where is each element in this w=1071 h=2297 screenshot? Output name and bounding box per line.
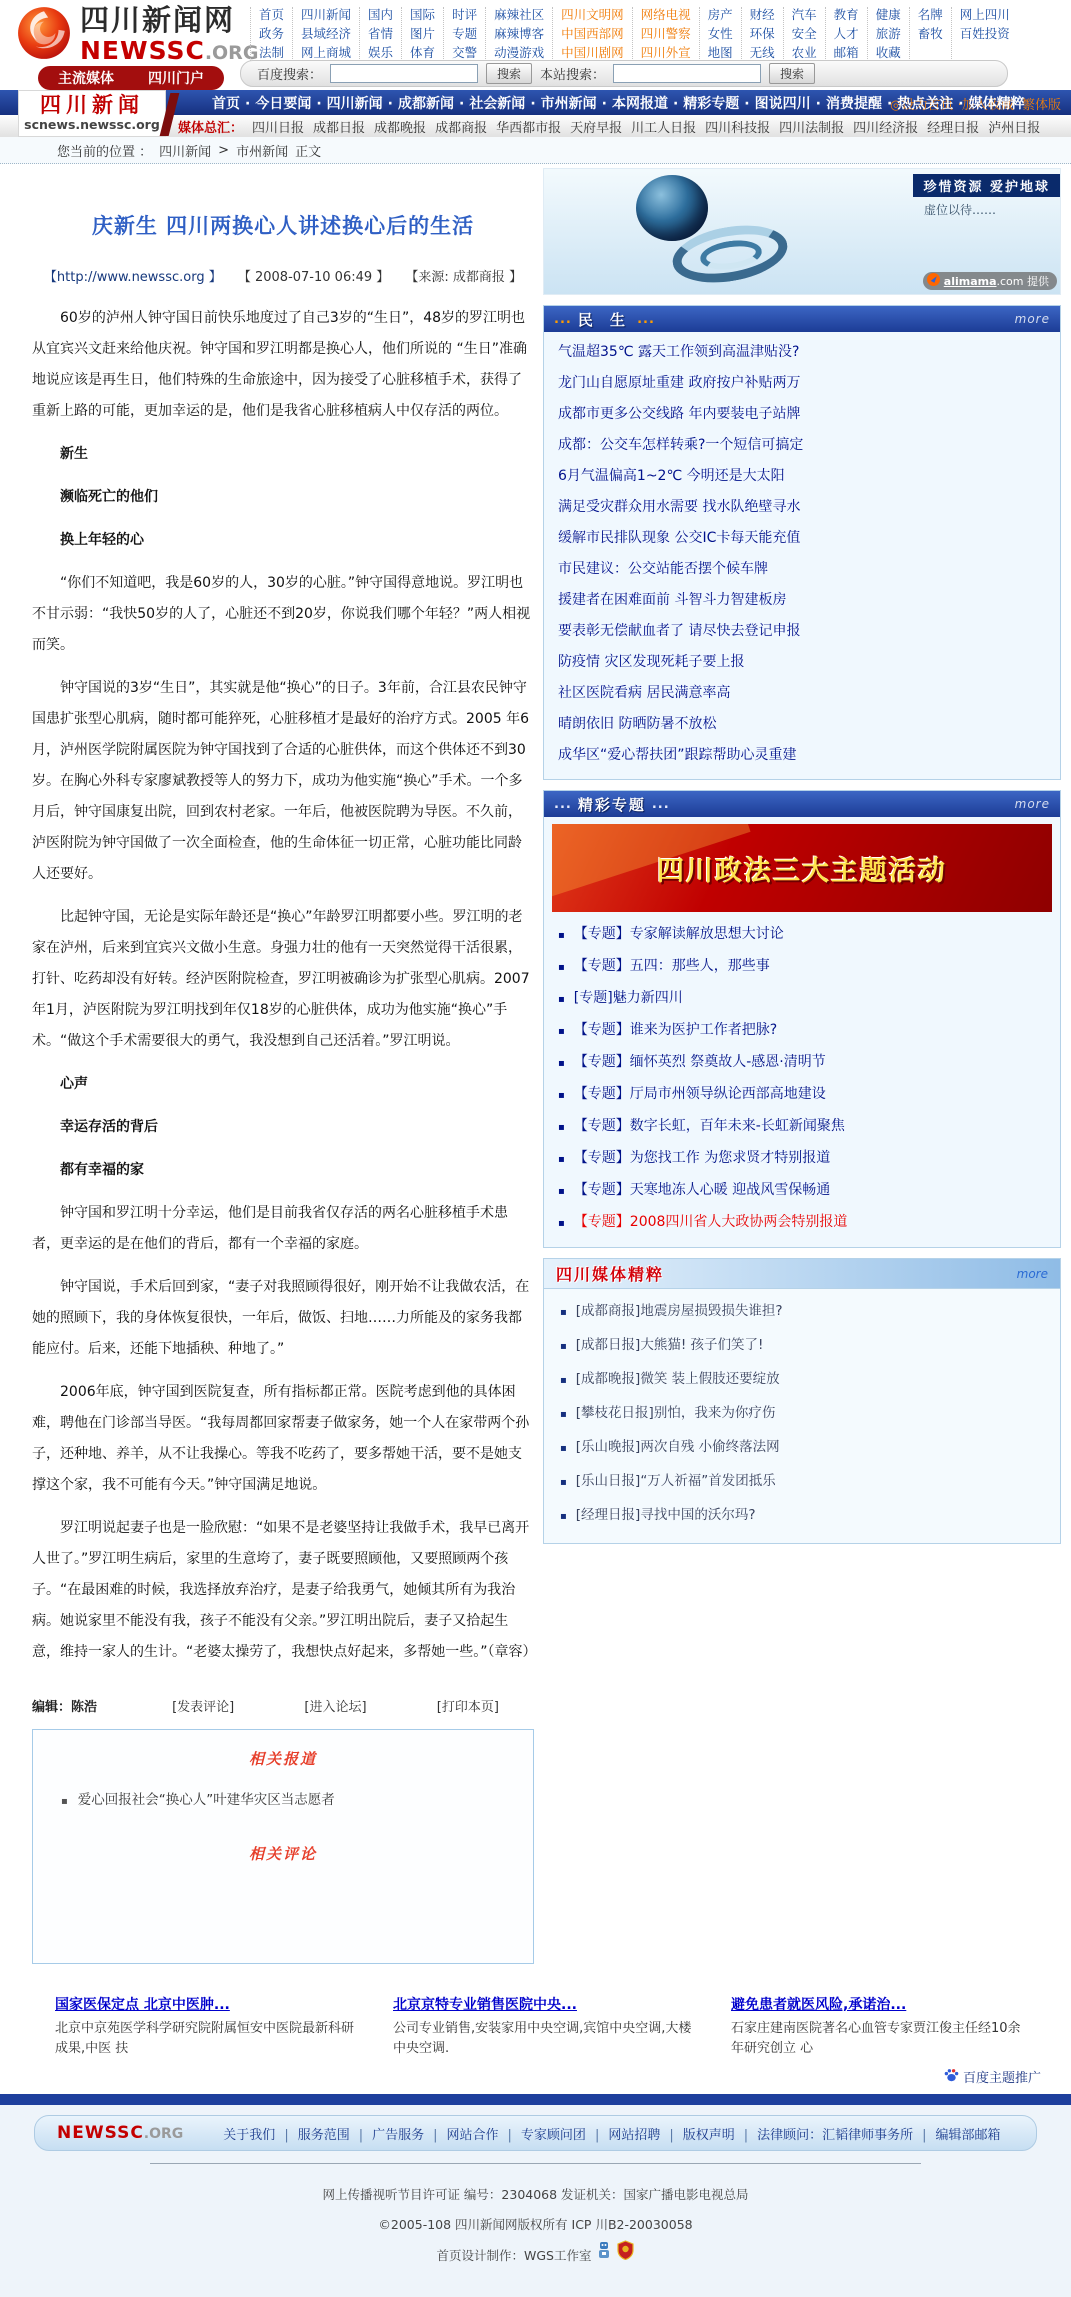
top-nav-link[interactable]: 汽车 bbox=[792, 7, 817, 23]
top-nav-link[interactable]: 无线 bbox=[750, 45, 775, 61]
channel-nav-link[interactable]: 首页 bbox=[212, 93, 240, 113]
footer-rule bbox=[150, 2163, 921, 2164]
media-bar-link[interactable]: 成都日报 bbox=[313, 117, 365, 136]
media-digest-list: [成都商报]地震房屋损毁损失谁担? [成都日报]大熊猫! 孩子们笑了! [成都晚… bbox=[544, 1289, 1060, 1543]
top-nav-column: 麻辣社区 麻辣博客 动漫游戏 bbox=[485, 7, 552, 61]
top-nav-link[interactable]: 专题 bbox=[452, 26, 477, 42]
media-digest-link[interactable]: [成都商报]地震房屋损毁损失谁担? bbox=[560, 1295, 1052, 1329]
topic-link[interactable]: 【专题】谁来为医护工作者把脉? bbox=[558, 1015, 1052, 1047]
baidu-search-label: 百度搜索： bbox=[257, 64, 322, 83]
sponsored-ad-description: 北京中京苑医学科学研究院附属恒安中医院最新科研成果,中医 扶 bbox=[55, 2019, 355, 2059]
related-reports-list: 爱心回报社会“换心人”叶建华灾区当志愿者 bbox=[33, 1787, 533, 1815]
footer-link[interactable]: 版权声明 bbox=[660, 2124, 734, 2143]
channel-nav-link[interactable]: 媒体精粹 bbox=[953, 93, 1024, 113]
top-nav-link[interactable]: 网上四川 bbox=[960, 7, 1010, 23]
footer-link[interactable]: 服务范围 bbox=[275, 2124, 349, 2143]
top-nav-link[interactable]: 网上商城 bbox=[301, 45, 351, 61]
sidebar-ad-banner[interactable]: 珍惜资源 爱护地球 虚位以待…… alimama.com 提供 bbox=[543, 168, 1061, 295]
article-source: 【来源: 成都商报 】 bbox=[405, 270, 522, 285]
design-credit-text: 首页设计制作：WGS工作室 bbox=[437, 2241, 592, 2271]
site-name-en: NEWSSC bbox=[80, 36, 205, 65]
article-paragraph: 心声 bbox=[32, 1069, 534, 1100]
media-digest-link[interactable]: [攀枝花日报]别怕，我来为你疗伤 bbox=[560, 1397, 1052, 1431]
channel-nav-bar: 四川新闻 scnews.newssc.org ◎设为首页 ·加入收藏 ·繁体版 … bbox=[0, 90, 1071, 115]
top-nav-link[interactable]: 教育 bbox=[834, 7, 859, 23]
ad-slogan: 珍惜资源 爱护地球 bbox=[913, 174, 1060, 197]
top-nav-link[interactable]: 动漫游戏 bbox=[494, 45, 544, 61]
media-bar-link[interactable]: 天府早报 bbox=[570, 117, 622, 136]
channel-nav-link[interactable]: 成都新闻 bbox=[383, 93, 454, 113]
minsheng-more-link[interactable]: more bbox=[1015, 312, 1050, 326]
top-nav-column: 财经 环保 无线 bbox=[741, 7, 783, 61]
topic-link[interactable]: 【专题】专家解读解放思想大讨论 bbox=[558, 919, 1052, 951]
minsheng-news-link[interactable]: 龙门山自愿原址重建 政府按户补贴两万 bbox=[558, 368, 1052, 399]
top-nav-link[interactable]: 健康 bbox=[876, 7, 901, 23]
top-nav-column: 网上四川 百姓投资 bbox=[951, 7, 1018, 61]
top-nav-link[interactable]: 安全 bbox=[792, 26, 817, 42]
baidu-search-input[interactable] bbox=[330, 64, 478, 83]
site-logo[interactable]: 四川新闻网 NEWSSC.ORG bbox=[16, 5, 258, 65]
channel-nav-link[interactable]: 市州新闻 bbox=[525, 93, 596, 113]
site-name: 四川新闻网 bbox=[80, 3, 235, 37]
channel-nav-link[interactable]: 热点关注 bbox=[882, 93, 953, 113]
media-bar-link[interactable]: 四川科技报 bbox=[705, 117, 770, 136]
media-bar-link[interactable]: 四川经济报 bbox=[853, 117, 918, 136]
topic-link[interactable]: 【专题】五四：那些人，那些事 bbox=[558, 951, 1052, 983]
top-nav-column: 汽车 安全 农业 bbox=[783, 7, 825, 61]
article-column: 庆新生 四川两换心人讲述换心后的生活 【http://www.newssc.or… bbox=[12, 168, 534, 1964]
media-digest-more-link[interactable]: more bbox=[1017, 1267, 1048, 1281]
topics-banner-text: 四川政法三大主题活动 bbox=[657, 849, 947, 888]
article-paragraph: 濒临死亡的他们 bbox=[32, 482, 534, 513]
minsheng-title: 民 生 bbox=[578, 309, 631, 330]
baidu-promo-row: 百度主题推广 bbox=[0, 2065, 1071, 2094]
sponsored-ad-description: 公司专业销售,安装家用中央空调,宾馆中央空调,大楼中央空调. bbox=[393, 2019, 693, 2059]
top-nav-link[interactable]: 省情 bbox=[368, 26, 393, 42]
article-paragraph: 2006年底，钟守国到医院复查，所有指标都正常。医院考虑到他的具体困难，聘他在门… bbox=[32, 1377, 534, 1501]
media-digest-link[interactable]: [成都日报]大熊猫! 孩子们笑了! bbox=[560, 1329, 1052, 1363]
breadcrumb-subsection[interactable]: 市州新闻 bbox=[236, 141, 288, 160]
top-nav-column: 名牌 畜牧 bbox=[909, 7, 951, 61]
topic-link[interactable]: 【专题】为您找工作 为您求贤才特别报道 bbox=[558, 1143, 1052, 1175]
top-nav-column: 首页 政务 法制 bbox=[250, 7, 292, 61]
media-digest-header: 四川媒体精粹 more bbox=[544, 1259, 1060, 1289]
cert-robot-icon[interactable] bbox=[596, 2240, 612, 2271]
ornament-left: ... bbox=[554, 312, 572, 327]
article-source-url[interactable]: 【http://www.newssc.org 】 bbox=[44, 270, 222, 285]
minsheng-news-link[interactable]: 社区医院看病 居民满意率高 bbox=[558, 678, 1052, 709]
article-paragraph: “你们不知道吧，我是60岁的人，30岁的心脏。”钟守国得意地说。罗江明也不甘示弱… bbox=[32, 568, 534, 661]
sponsored-ad[interactable]: 国家医保定点 北京中医肿... 北京中京苑医学科学研究院附属恒安中医院最新科研成… bbox=[55, 1994, 355, 2059]
design-credit-line: 首页设计制作：WGS工作室 bbox=[0, 2240, 1071, 2271]
baidu-promo-link[interactable]: 百度主题推广 bbox=[963, 2067, 1041, 2086]
top-nav-link[interactable]: 女性 bbox=[708, 26, 733, 42]
article-action-link[interactable]: [进入论坛] bbox=[269, 1696, 401, 1715]
breadcrumb-prefix: 您当前的位置 ： bbox=[57, 141, 152, 160]
sponsored-ad[interactable]: 北京京特专业销售医院中央... 公司专业销售,安装家用中央空调,宾馆中央空调,大… bbox=[393, 1994, 693, 2059]
topics-list: 【专题】专家解读解放思想大讨论 【专题】五四：那些人，那些事 [专题]魅力新四川… bbox=[544, 914, 1060, 1247]
top-nav-link[interactable]: 农业 bbox=[792, 45, 817, 61]
footer-link[interactable]: 网站合作 bbox=[424, 2124, 498, 2143]
top-nav-column: 国际 图片 体育 bbox=[401, 7, 443, 61]
minsheng-news-link[interactable]: 成都市更多公交线路 年内要装电子站牌 bbox=[558, 399, 1052, 430]
channel-nav-link[interactable]: 社会新闻 bbox=[454, 93, 525, 113]
minsheng-news-link[interactable]: 6月气温偏高1~2℃ 今明还是大太阳 bbox=[558, 461, 1052, 492]
media-bar-link[interactable]: 成都商报 bbox=[435, 117, 487, 136]
minsheng-news-link[interactable]: 满足受灾群众用水需要 找水队绝壁寻水 bbox=[558, 492, 1052, 523]
top-nav-link[interactable]: 网络电视 bbox=[641, 7, 691, 23]
article-paragraph: 新生 bbox=[32, 439, 534, 470]
earth-apple-icon bbox=[636, 175, 708, 241]
ornament-right: ... bbox=[637, 312, 655, 327]
top-nav-link[interactable]: 麻辣博客 bbox=[494, 26, 544, 42]
media-digest-box: 四川媒体精粹 more [成都商报]地震房屋损毁损失谁担? [成都日报]大熊猫!… bbox=[543, 1258, 1061, 1544]
search-bar: 百度搜索： 搜索 本站搜索： 搜索 bbox=[240, 60, 1008, 87]
minsheng-news-link[interactable]: 晴朗依旧 防晒防暑不放松 bbox=[558, 709, 1052, 740]
topic-link[interactable]: 【专题】天寒地冻人心暖 迎战风雪保畅通 bbox=[558, 1175, 1052, 1207]
top-nav-column: 国内 省情 娱乐 bbox=[359, 7, 401, 61]
article-paragraph: 换上年轻的心 bbox=[32, 525, 534, 556]
related-comments-title: 相关评论 bbox=[33, 1843, 533, 1864]
media-bar-link[interactable]: 泸州日报 bbox=[988, 117, 1040, 136]
top-nav-link[interactable]: 中国西部网 bbox=[561, 26, 624, 42]
article-date: 【 2008-07-10 06:49 】 bbox=[238, 270, 389, 285]
minsheng-news-link[interactable]: 成华区“爱心帮扶团”跟踪帮助心灵重建 bbox=[558, 740, 1052, 771]
article-paragraph: 幸运存活的背后 bbox=[32, 1112, 534, 1143]
related-box: 相关报道 爱心回报社会“换心人”叶建华灾区当志愿者 相关评论 bbox=[32, 1729, 534, 1964]
sponsored-ads-row: 国家医保定点 北京中医肿... 北京中京苑医学科学研究院附属恒安中医院最新科研成… bbox=[0, 1978, 1071, 2065]
article-action-link[interactable]: [发表评论] bbox=[137, 1696, 269, 1715]
minsheng-list: 气温超35℃ 露天工作领到高温津贴没? 龙门山自愿原址重建 政府按户补贴两万 成… bbox=[544, 332, 1060, 779]
topic-link[interactable]: 【专题】厅局市州领导纵论西部高地建设 bbox=[558, 1079, 1052, 1111]
site-search-button[interactable]: 搜索 bbox=[769, 63, 815, 84]
top-nav-link[interactable]: 体育 bbox=[410, 45, 435, 61]
footer-links: 关于我们 服务范围 广告服务 网站合作 专家顾问团 网站招聘 版权声明 法律顾问… bbox=[223, 2124, 1000, 2143]
top-nav-link[interactable]: 收藏 bbox=[876, 45, 901, 61]
top-nav-column: 时评 专题 交警 bbox=[443, 7, 485, 61]
footer-link[interactable]: 编辑部邮箱 bbox=[913, 2124, 1000, 2143]
baidu-search-button[interactable]: 搜索 bbox=[486, 63, 532, 84]
minsheng-header: ... 民 生 ... more bbox=[544, 306, 1060, 332]
top-nav-column: 四川新闻 县域经济 网上商城 bbox=[292, 7, 359, 61]
footer-logo: NEWSSC.ORG bbox=[57, 2123, 183, 2143]
media-bar-link[interactable]: 川工人日报 bbox=[631, 117, 696, 136]
slogan-right: 四川门户 bbox=[148, 68, 204, 88]
top-nav-link[interactable]: 邮箱 bbox=[834, 45, 859, 61]
footer-link[interactable]: 网站招聘 bbox=[586, 2124, 660, 2143]
topics-title: 精彩专题 bbox=[578, 794, 646, 815]
top-nav-link[interactable]: 畜牧 bbox=[918, 26, 943, 42]
ad-subtext: 虚位以待…… bbox=[924, 201, 996, 218]
editor-row: 编辑：陈浩 [发表评论] [进入论坛] [打印本页] bbox=[32, 1696, 534, 1715]
article-paragraph: 钟守国说的3岁“生日”，其实就是他“换心”的日子。3年前，合江县农民钟守国患扩张… bbox=[32, 673, 534, 890]
top-nav-link[interactable]: 法制 bbox=[259, 45, 284, 61]
license-line: 网上传播视听节目许可证 编号：2304068 发证机关：国家广播电影电视总局 bbox=[0, 2180, 1071, 2210]
top-nav-link[interactable]: 房产 bbox=[708, 7, 733, 23]
ornament-right: ... bbox=[652, 797, 670, 812]
media-bar-link[interactable]: 成都晚报 bbox=[374, 117, 426, 136]
page: 四川新闻网 NEWSSC.ORG 主流媒体 四川门户 首页 政务 法制 bbox=[0, 0, 1071, 2297]
minsheng-news-link[interactable]: 防疫情 灾区发现死耗子要上报 bbox=[558, 647, 1052, 678]
channel-nav-link[interactable]: 精彩专题 bbox=[668, 93, 739, 113]
media-digest-link[interactable]: [乐山日报]“万人祈福”首发团抵乐 bbox=[560, 1465, 1052, 1499]
top-nav-link[interactable]: 国际 bbox=[410, 7, 435, 23]
footer-info: 网上传播视听节目许可证 编号：2304068 发证机关：国家广播电影电视总局 ©… bbox=[0, 2166, 1071, 2297]
article-title: 庆新生 四川两换心人讲述换心后的生活 bbox=[32, 210, 534, 240]
article-paragraph: 都有幸福的家 bbox=[32, 1155, 534, 1186]
related-reports-title: 相关报道 bbox=[33, 1748, 533, 1769]
media-bar-link[interactable]: 华西都市报 bbox=[496, 117, 561, 136]
ornament-left: ... bbox=[554, 797, 572, 812]
top-nav-column: 房产 女性 地图 bbox=[699, 7, 741, 61]
media-bar-link[interactable]: 四川日报 bbox=[252, 117, 304, 136]
site-header: 四川新闻网 NEWSSC.ORG 主流媒体 四川门户 首页 政务 法制 bbox=[0, 0, 1071, 90]
minsheng-news-link[interactable]: 市民建议：公交站能否摆个候车牌 bbox=[558, 554, 1052, 585]
top-nav-link[interactable]: 财经 bbox=[750, 7, 775, 23]
top-nav-link[interactable]: 县域经济 bbox=[301, 26, 351, 42]
site-logo-text: 四川新闻网 NEWSSC.ORG bbox=[80, 5, 258, 64]
top-nav-column: 教育 人才 邮箱 bbox=[825, 7, 867, 61]
top-nav-link[interactable]: 四川文明网 bbox=[561, 7, 624, 23]
topic-link[interactable]: 【专题】缅怀英烈 祭奠故人-感恩·清明节 bbox=[558, 1047, 1052, 1079]
article-body: 60岁的泸州人钟守国日前快乐地度过了自己3岁的“生日”，48岁的罗江明也从宜宾兴… bbox=[32, 303, 534, 1668]
footer-link[interactable]: 广告服务 bbox=[350, 2124, 424, 2143]
top-nav-link[interactable]: 娱乐 bbox=[368, 45, 393, 61]
site-search-label: 本站搜索： bbox=[540, 64, 605, 83]
top-nav-link[interactable]: 政务 bbox=[259, 26, 284, 42]
top-nav-link[interactable]: 时评 bbox=[452, 7, 477, 23]
breadcrumb-separator: > bbox=[218, 143, 229, 158]
channel-nav-link[interactable]: 消费提醒 bbox=[811, 93, 882, 113]
article-paragraph: 钟守国说，手术后回到家，“妻子对我照顾得很好，刚开始不让我做农活，在她的照顾下，… bbox=[32, 1272, 534, 1365]
minsheng-news-link[interactable]: 援建者在困难面前 斗智斗力智建板房 bbox=[558, 585, 1052, 616]
top-nav-link[interactable]: 百姓投资 bbox=[960, 26, 1010, 42]
minsheng-news-link[interactable]: 要表彰无偿献血者了 请尽快去登记申报 bbox=[558, 616, 1052, 647]
breadcrumb-section[interactable]: 四川新闻 bbox=[159, 141, 211, 160]
top-nav-link[interactable]: 名牌 bbox=[918, 7, 943, 23]
top-nav-link[interactable]: 四川外宣 bbox=[641, 45, 691, 61]
topics-header: ... 精彩专题 ... more bbox=[544, 791, 1060, 817]
top-nav-link[interactable]: 麻辣社区 bbox=[494, 7, 544, 23]
baidu-paw-icon bbox=[944, 2068, 959, 2086]
top-nav-link[interactable]: 首页 bbox=[259, 7, 284, 23]
media-digest-title: 四川媒体精粹 bbox=[556, 1262, 664, 1285]
ad-watermark: alimama.com 提供 bbox=[923, 272, 1057, 290]
top-nav-link[interactable]: 旅游 bbox=[876, 26, 901, 42]
channel-nav-link[interactable]: 四川新闻 bbox=[311, 93, 382, 113]
article-paragraph: 钟守国和罗江明十分幸运，他们是目前我省仅存活的两名心脏移植手术患者，更幸运的是在… bbox=[32, 1198, 534, 1260]
top-nav-link[interactable]: 环保 bbox=[750, 26, 775, 42]
sponsored-ad-title[interactable]: 国家医保定点 北京中医肿... bbox=[55, 1994, 355, 2014]
footer-link[interactable]: 关于我们 bbox=[223, 2124, 275, 2143]
top-nav-link[interactable]: 四川新闻 bbox=[301, 7, 351, 23]
topic-link[interactable]: [专题]魅力新四川 bbox=[558, 983, 1052, 1015]
minsheng-news-link[interactable]: 气温超35℃ 露天工作领到高温津贴没? bbox=[558, 337, 1052, 368]
alimama-icon bbox=[927, 273, 940, 289]
sponsored-ad-title[interactable]: 北京京特专业销售医院中央... bbox=[393, 1994, 693, 2014]
topic-link[interactable]: 【专题】数字长虹，百年未来-长虹新闻聚焦 bbox=[558, 1111, 1052, 1143]
sidebar: 珍惜资源 爱护地球 虚位以待…… alimama.com 提供 ... 民 生 … bbox=[543, 168, 1061, 1544]
media-bar-label: 媒体总汇： bbox=[178, 117, 243, 136]
media-digest-link[interactable]: [乐山晚报]两次自残 小偷终落法网 bbox=[560, 1431, 1052, 1465]
main-content: 庆新生 四川两换心人讲述换心后的生活 【http://www.newssc.or… bbox=[0, 164, 1071, 1978]
slogan-left: 主流媒体 bbox=[58, 68, 114, 88]
media-digest-link[interactable]: [经理日报]寻找中国的沃尔玛? bbox=[560, 1499, 1052, 1533]
article-paragraph: 60岁的泸州人钟守国日前快乐地度过了自己3岁的“生日”，48岁的罗江明也从宜宾兴… bbox=[32, 303, 534, 427]
phoenix-logo-icon bbox=[16, 5, 72, 65]
top-nav-column: 健康 旅游 收藏 bbox=[867, 7, 909, 61]
channel-url[interactable]: scnews.newssc.org bbox=[19, 117, 165, 132]
breadcrumb-current: 正文 bbox=[295, 141, 321, 160]
media-digest-link[interactable]: [成都晚报]微笑 装上假肢还要绽放 bbox=[560, 1363, 1052, 1397]
sponsored-ad-title[interactable]: 避免患者就医风险,承诺治... bbox=[731, 1994, 1031, 2014]
topics-box: ... 精彩专题 ... more 四川政法三大主题活动 【专题】专家解读解放思… bbox=[543, 790, 1061, 1248]
top-nav-column: 网络电视 四川警察 四川外宣 bbox=[632, 7, 699, 61]
topic-link[interactable]: 【专题】2008四川省人大政协两会特别报道 bbox=[558, 1207, 1052, 1239]
copyright-line: ©2005-108 四川新闻网版权所有 ICP 川B2-20030058 bbox=[0, 2210, 1071, 2240]
sponsored-ad[interactable]: 避免患者就医风险,承诺治... 石家庄建南医院著名心血管专家贾江俊主任经10余年… bbox=[731, 1994, 1031, 2059]
editor-credit: 编辑：陈浩 bbox=[32, 1696, 97, 1715]
article-action-link[interactable]: [打印本页] bbox=[402, 1696, 534, 1715]
breadcrumb: 您当前的位置 ： 四川新闻 > 市州新闻 正文 bbox=[0, 137, 1071, 164]
top-nav-column: 四川文明网 中国西部网 中国川剧网 bbox=[552, 7, 632, 61]
channel-title: 四川新闻 bbox=[19, 93, 165, 117]
top-nav: 首页 政务 法制 四川新闻 县域经济 网上商城 bbox=[250, 7, 1018, 61]
related-report-link[interactable]: 爱心回报社会“换心人”叶建华灾区当志愿者 bbox=[61, 1787, 533, 1815]
footer-divider bbox=[0, 2094, 1071, 2105]
channel-box: 四川新闻 scnews.newssc.org bbox=[18, 90, 166, 137]
media-bar-link[interactable]: 四川法制报 bbox=[779, 117, 844, 136]
top-nav-link[interactable]: 图片 bbox=[410, 26, 435, 42]
site-search-input[interactable] bbox=[613, 64, 761, 83]
cert-badge-icon[interactable] bbox=[617, 2240, 634, 2271]
top-nav-link[interactable]: 人才 bbox=[834, 26, 859, 42]
channel-nav-link[interactable]: 图说四川 bbox=[739, 93, 810, 113]
top-nav-link[interactable]: 四川警察 bbox=[641, 26, 691, 42]
top-nav-link[interactable]: 交警 bbox=[452, 45, 477, 61]
article-paragraph: 比起钟守国，无论是实际年龄还是“换心”年龄罗江明都要小些。罗江明的老家在泸州，后… bbox=[32, 902, 534, 1057]
minsheng-news-link[interactable]: 成都：公交车怎样转乘?一个短信可搞定 bbox=[558, 430, 1052, 461]
topics-banner[interactable]: 四川政法三大主题活动 bbox=[552, 824, 1052, 912]
channel-nav-link[interactable]: 本网报道 bbox=[597, 93, 668, 113]
minsheng-news-link[interactable]: 缓解市民排队现象 公交IC卡每天能充值 bbox=[558, 523, 1052, 554]
top-nav-link[interactable]: 地图 bbox=[708, 45, 733, 61]
minsheng-box: ... 民 生 ... more 气温超35℃ 露天工作领到高温津贴没? 龙门山… bbox=[543, 305, 1061, 780]
media-bar-link[interactable]: 经理日报 bbox=[927, 117, 979, 136]
sponsored-ad-description: 石家庄建南医院著名心血管专家贾江俊主任经10余年研究创立 心 bbox=[731, 2019, 1031, 2059]
footer-link[interactable]: 法律顾问：汇韬律师事务所 bbox=[735, 2124, 913, 2143]
slogan-pill: 主流媒体 四川门户 bbox=[38, 66, 224, 90]
channel-nav-link[interactable]: 今日要闻 bbox=[240, 93, 311, 113]
footer-link[interactable]: 专家顾问团 bbox=[499, 2124, 586, 2143]
topics-more-link[interactable]: more bbox=[1015, 797, 1050, 811]
article-meta: 【http://www.newssc.org 】 【 2008-07-10 06… bbox=[32, 266, 534, 285]
article-paragraph: 罗江明说起妻子也是一脸欣慰：“如果不是老婆坚持让我做手术，我早已离开人世了。”罗… bbox=[32, 1513, 534, 1668]
footer-bar: NEWSSC.ORG 关于我们 服务范围 广告服务 网站合作 专家顾问团 网站招… bbox=[34, 2115, 1037, 2151]
top-nav-link[interactable]: 中国川剧网 bbox=[561, 45, 624, 61]
top-nav-link[interactable]: 国内 bbox=[368, 7, 393, 23]
